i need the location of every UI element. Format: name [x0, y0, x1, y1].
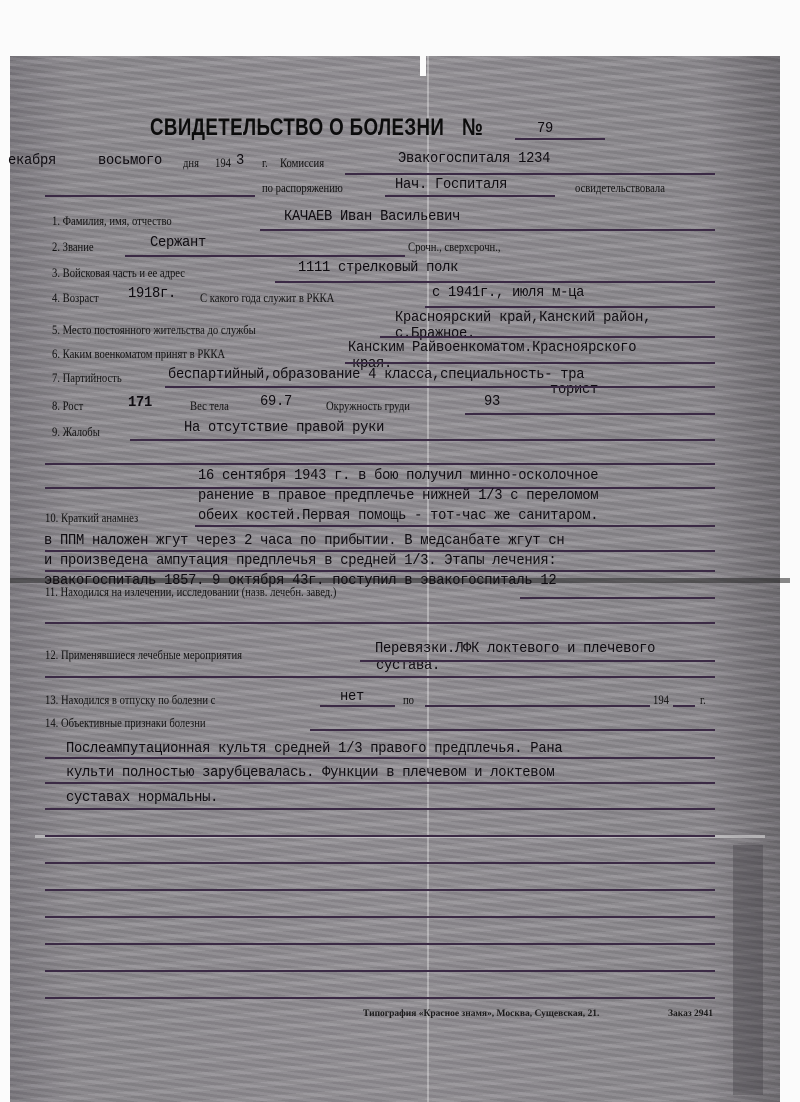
anamnesis-line: ранение в правое предплечье нижней 1/3 с…	[198, 487, 598, 504]
certificate-number: 79	[537, 120, 553, 137]
day-label: дня	[183, 156, 199, 171]
field-label-leave: 13. Находился в отпуску по болезни с	[45, 693, 215, 708]
tear-notch	[420, 56, 426, 76]
field-value-party-cont: торист	[550, 381, 598, 398]
field-label-treatment-place: 11. Находился на излечении, исследовании…	[45, 585, 336, 600]
field-value-leave: нет	[340, 688, 364, 705]
field-value-enlistment: Канским Райвоенкоматом.Красноярского	[348, 339, 636, 356]
field-label-enlistment: 6. Каким военкоматом принят в РККА	[52, 347, 225, 362]
field-label-age: 4. Возраст	[52, 291, 99, 306]
field-label-leave-to: по	[403, 693, 414, 708]
field-value-name: КАЧАЕВ Иван Васильевич	[284, 208, 460, 225]
anamnesis-line: в ППМ наложен жгут через 2 часа по прибы…	[44, 532, 564, 549]
field-label-chest: Окружность груди	[326, 399, 410, 414]
order-suffix: освидетельствовала	[575, 181, 665, 196]
year-label: г.	[262, 156, 268, 171]
field-label-unit: 3. Войсковая часть и ее адрес	[52, 266, 185, 281]
paper-edge-shadow	[733, 845, 763, 1095]
field-label-weight: Вес тела	[190, 399, 229, 414]
date-day: восьмого	[98, 152, 162, 169]
field-label-complaints: 9. Жалобы	[52, 425, 100, 440]
field-value-residence: Красноярский край,Канский район,	[395, 309, 651, 326]
field-label-party: 7. Партийность	[52, 371, 122, 386]
field-label-leave-year: 194	[653, 693, 669, 708]
field-value-weight: 69.7	[260, 393, 292, 410]
field-value-rank: Сержант	[150, 234, 206, 251]
objective-line: Послеампутационная культя средней 1/3 пр…	[66, 740, 562, 757]
field-value-unit: 1111 стрелковый полк	[298, 259, 458, 276]
field-value-age: 1918г.	[128, 285, 176, 302]
commission-value: Эвакогоспиталя 1234	[398, 150, 550, 167]
number-label: №	[462, 114, 483, 142]
field-label-name: 1. Фамилия, имя, отчество	[52, 214, 172, 229]
field-label-objective: 14. Объективные признаки болезни	[45, 716, 206, 731]
order-label: по распоряжению	[262, 181, 343, 196]
field-suffix-leave: г.	[700, 693, 706, 708]
field-label-height: 8. Рост	[52, 399, 83, 414]
objective-line: культи полностью зарубцевалась. Функции …	[66, 764, 554, 781]
order-value: Нач. Госпиталя	[395, 176, 507, 193]
field-value-chest: 93	[484, 393, 500, 410]
field-label-anamnesis: 10. Краткий анамнез	[45, 511, 138, 526]
field-value-height: 171	[128, 394, 152, 411]
commission-label: Комиссия	[280, 156, 324, 171]
field-value-treatment: Перевязки.ЛФК локтевого и плечевого	[375, 640, 655, 657]
field-label-residence: 5. Место постоянного жительства до служб…	[52, 323, 256, 338]
document-title: СВИДЕТЕЛЬСТВО О БОЛЕЗНИ	[150, 114, 444, 142]
year-prefix: 194	[215, 156, 231, 171]
anamnesis-line: обеих костей.Первая помощь - тот-час же …	[198, 507, 598, 524]
printer-imprint: Типография «Красное знамя», Москва, Суще…	[363, 1009, 599, 1019]
field-label-service: С какого года служит в РККА	[200, 291, 334, 306]
anamnesis-line: 16 сентября 1943 г. в бою получил минно-…	[198, 467, 598, 484]
field-value-party: беспартийный,образование 4 класса,специа…	[168, 366, 584, 383]
year-suffix: 3	[236, 152, 244, 169]
field-value-complaints: На отсутствие правой руки	[184, 419, 384, 436]
date-month: екабря	[8, 152, 56, 169]
anamnesis-line: и произведена ампутация предплечья в сре…	[44, 552, 556, 569]
field-label-treatment: 12. Применявшиеся лечебные мероприятия	[45, 648, 242, 663]
field-value-service: с 1941г., июля м-ца	[432, 284, 584, 301]
field-suffix-rank: Срочн., сверхсрочн.,	[408, 240, 501, 255]
objective-line: суставах нормальны.	[66, 789, 218, 806]
field-label-rank: 2. Звание	[52, 240, 94, 255]
print-order-number: Заказ 2941	[668, 1009, 713, 1019]
